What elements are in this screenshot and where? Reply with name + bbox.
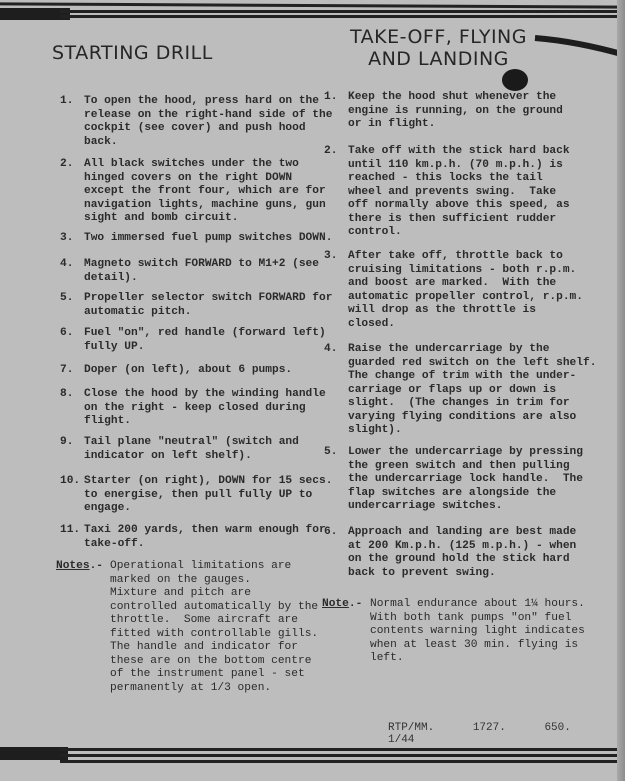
item-number: 3. <box>324 250 337 264</box>
item-text: To open the hood, press hard on the rele… <box>84 95 332 149</box>
footer-ref: RTP/MM. <box>388 722 434 734</box>
footer-reference: RTP/MM. 1727. 650. 1/44 <box>388 722 625 746</box>
item-text: Starter (on right), DOWN for 15 secs. to… <box>84 475 332 516</box>
item-text: All black switches under the two hinged … <box>84 158 326 226</box>
item-number: 11. <box>60 524 80 538</box>
item-text: Raise the undercarriage by the guarded r… <box>348 343 596 438</box>
item-text: Two immersed fuel pump switches DOWN. <box>84 232 332 246</box>
bottom-border-line-3 <box>60 760 625 763</box>
item-number: 2. <box>60 158 73 172</box>
item-number: 2. <box>324 145 337 159</box>
item-number: 10. <box>60 475 80 489</box>
footer-date: 1/44 <box>388 734 414 746</box>
bottom-border-line-1 <box>60 748 625 751</box>
item-number: 5. <box>60 292 73 306</box>
item-text: After take off, throttle back to cruisin… <box>348 250 583 331</box>
item-text: Lower the undercarriage by pressing the … <box>348 446 583 514</box>
item-text: Magneto switch FORWARD to M1+2 (see deta… <box>84 258 319 285</box>
bottom-border-line-2 <box>60 754 625 757</box>
item-number: 1. <box>60 95 73 109</box>
notes-text: Normal endurance about 1¼ hours. With bo… <box>370 598 585 666</box>
item-number: 4. <box>60 258 73 272</box>
notes-text: Operational limitations are marked on th… <box>110 560 318 695</box>
item-text: Keep the hood shut whenever the engine i… <box>348 91 563 132</box>
item-number: 5. <box>324 446 337 460</box>
bottom-border-thick <box>0 747 68 760</box>
notes-label: Notes.- <box>56 560 103 574</box>
item-number: 1. <box>324 91 337 105</box>
footer-num2: 650. <box>544 722 570 734</box>
item-number: 3. <box>60 232 73 246</box>
item-text: Doper (on left), about 6 pumps. <box>84 364 292 378</box>
item-number: 8. <box>60 388 73 402</box>
binding-string <box>0 0 625 100</box>
item-text: Close the hood by the winding handle on … <box>84 388 326 429</box>
item-text: Tail plane "neutral" (switch and indicat… <box>84 436 299 463</box>
item-text: Approach and landing are best made at 20… <box>348 526 576 580</box>
item-text: Fuel "on", red handle (forward left) ful… <box>84 327 326 354</box>
item-number: 4. <box>324 343 337 357</box>
item-text: Taxi 200 yards, then warm enough for tak… <box>84 524 326 551</box>
item-number: 6. <box>60 327 73 341</box>
item-number: 6. <box>324 526 337 540</box>
footer-num1: 1727. <box>473 722 506 734</box>
page-edge <box>617 0 625 781</box>
document-page: STARTING DRILL TAKE-OFF, FLYING AND LAND… <box>0 0 625 781</box>
item-number: 9. <box>60 436 73 450</box>
item-number: 7. <box>60 364 73 378</box>
item-text: Take off with the stick hard back until … <box>348 145 570 240</box>
notes-label: Note.- <box>322 598 362 612</box>
item-text: Propeller selector switch FORWARD for au… <box>84 292 332 319</box>
